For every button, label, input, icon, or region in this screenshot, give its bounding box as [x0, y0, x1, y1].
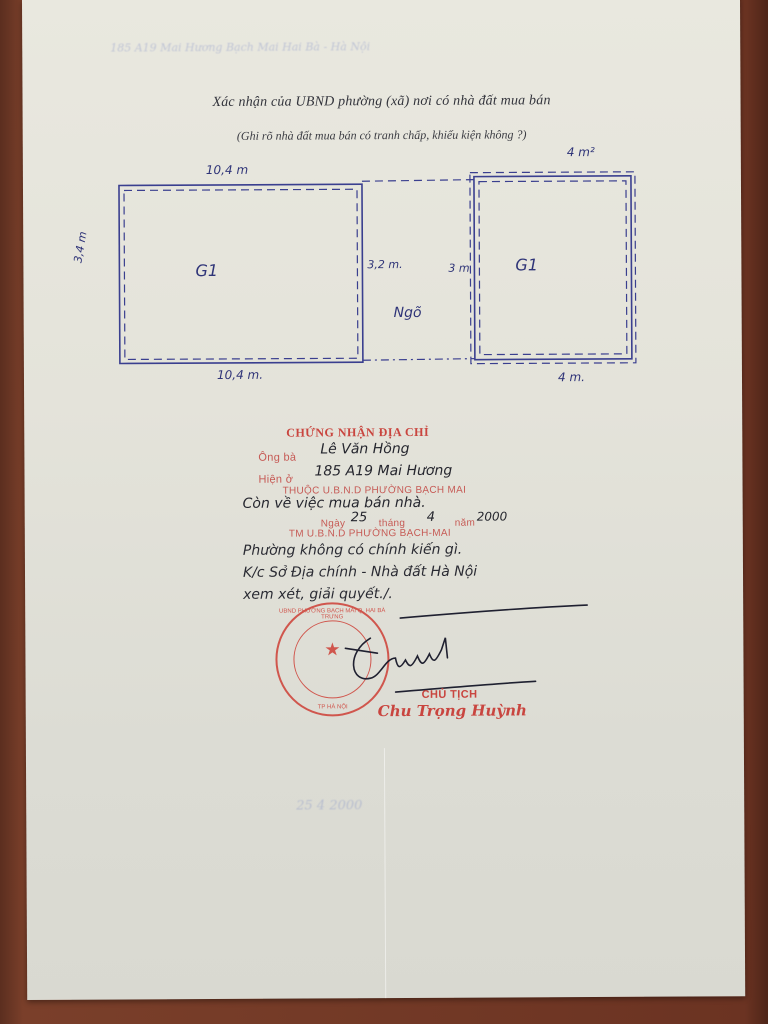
address-value: 185 A19 Mai Hương — [314, 463, 452, 480]
left-plot-top-width: 10,4 m — [206, 163, 248, 177]
date-day: 25 — [351, 510, 368, 525]
paper-fold-line — [384, 748, 386, 998]
remark-line-1: Phường không có chính kiến gì. — [243, 542, 462, 559]
date-month: 4 — [427, 510, 435, 525]
alley-right-height: 3 m — [448, 262, 469, 275]
left-plot-label: G1 — [195, 261, 218, 280]
certification-heading: CHỨNG NHẬN ĐỊA CHỈ — [286, 425, 429, 441]
purpose-text: Còn về việc mua bán nhà. — [243, 495, 426, 512]
signer-name: Chu Trọng Huỳnh — [378, 701, 527, 720]
date-year-label: năm — [455, 518, 475, 529]
date-year: 2000 — [477, 509, 508, 523]
alley-label: Ngõ — [394, 305, 422, 321]
document-paper: 185 A19 Mai Hương Bạch Mai Hai Bà - Hà N… — [22, 0, 745, 1000]
alley-left-height: 3,2 m. — [367, 258, 402, 271]
name-label: Ông bà — [258, 452, 296, 464]
address-label: Hiện ở — [258, 474, 293, 486]
plot-lines — [22, 0, 742, 400]
right-plot-label: G1 — [515, 255, 538, 274]
left-plot-bottom-width: 10,4 m. — [217, 368, 263, 382]
on-behalf-line: TM U.B.N.D PHƯỜNG BẠCH-MAI — [289, 528, 451, 540]
right-plot-bottom-width: 4 m. — [558, 370, 585, 384]
right-plot-top-width: 4 m² — [567, 145, 595, 159]
name-value: Lê Văn Hồng — [320, 441, 409, 457]
signer-role: CHỦ TỊCH — [422, 689, 478, 701]
ghost-text-bottom-date: 25 4 2000 — [296, 798, 362, 813]
remark-line-2: K/c Sở Địa chính - Nhà đất Hà Nội — [243, 564, 477, 581]
